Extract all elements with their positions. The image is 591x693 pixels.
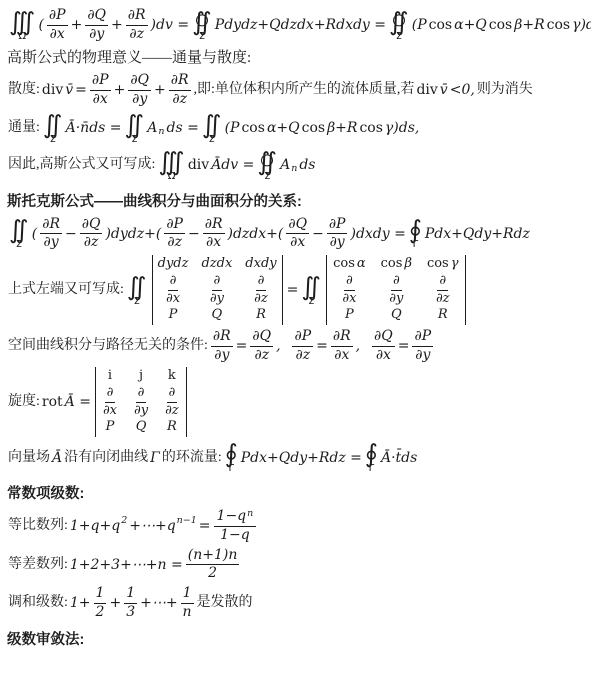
fraction: ∂P∂z bbox=[164, 217, 185, 251]
roman-math-text: cos bbox=[489, 17, 512, 33]
determinant-cell: P bbox=[345, 308, 354, 323]
math-text: Pdydz+Qdzdx+Rdxdy = bbox=[215, 17, 386, 33]
denominator: ∂z bbox=[254, 347, 269, 364]
math-text: ds = bbox=[167, 120, 199, 136]
math-text: Pdx+Qdy+Rdz = bbox=[241, 450, 362, 466]
numerator: ∂R bbox=[169, 73, 191, 91]
math-text: − bbox=[312, 226, 324, 242]
fraction: ∂Q∂x bbox=[372, 329, 395, 363]
chinese-text: 等比数列: bbox=[8, 518, 68, 534]
denominator: ∂z bbox=[84, 234, 99, 251]
fraction: ∂∂y bbox=[210, 274, 224, 306]
determinant-cell: R bbox=[167, 420, 177, 435]
determinant-cell: ∂∂x bbox=[164, 274, 182, 306]
determinant: dydzdzdxdxdy∂∂x∂∂y∂∂zPQR bbox=[152, 255, 283, 325]
numerator: ∂ bbox=[167, 386, 178, 403]
math-text: v̄ bbox=[440, 82, 448, 98]
denominator: ∂z bbox=[172, 91, 187, 108]
fraction: ∂P∂z bbox=[292, 329, 313, 363]
math-text: β+R bbox=[327, 120, 357, 136]
curl-line: 旋度:rotĀ =ijk∂∂x∂∂y∂∂zPQR bbox=[7, 367, 585, 437]
numerator: ∂Q bbox=[250, 329, 273, 347]
math-text: Pdx+Qdy+Rdz bbox=[425, 226, 530, 242]
math-text: = bbox=[236, 338, 248, 354]
divergence-line: 散度:divv̄=∂P∂x+∂Q∂y+∂R∂z,即:单位体积内所产生的流体质量,… bbox=[7, 73, 585, 107]
numerator: ∂ bbox=[344, 274, 355, 291]
chinese-text: 空间曲线积分与路径无关的条件: bbox=[8, 338, 208, 354]
denominator: ∂x bbox=[334, 347, 349, 364]
fraction: 13 bbox=[124, 586, 137, 620]
integral-ring-icon bbox=[196, 15, 208, 27]
fraction: ∂Q∂y bbox=[85, 8, 108, 42]
determinant-cell: ∂∂z bbox=[163, 386, 181, 418]
numerator: ∂P bbox=[164, 217, 185, 235]
chinese-text: 上式左端又可写成: bbox=[8, 282, 124, 298]
determinant-cell: ∂∂x bbox=[101, 386, 119, 418]
numerator: ∂ bbox=[256, 274, 267, 291]
geometric-series-line: 等比数列:1+q+q2+⋯+qn−1=1−qn1−q bbox=[7, 509, 585, 543]
math-text: + bbox=[114, 82, 126, 98]
big-operator: ∮Γ bbox=[409, 217, 422, 250]
numerator: ∂Q bbox=[286, 217, 309, 235]
big-operator: ∮Γ bbox=[225, 441, 238, 474]
math-text: β+R bbox=[514, 17, 544, 33]
fraction: ∂R∂y bbox=[40, 217, 62, 251]
big-operator: ∬Σ bbox=[192, 9, 212, 42]
math-text: − bbox=[65, 226, 77, 242]
chinese-text: 散度: bbox=[8, 82, 40, 98]
stokes-formula-line: ∬Σ(∂R∂y−∂Q∂z)dydz+(∂P∂z−∂R∂x)dzdx+(∂Q∂x−… bbox=[7, 217, 585, 251]
arithmetic-series-line: 等差数列:1+2+3+⋯+n =(n+1)n2 bbox=[7, 548, 585, 582]
denominator: ∂z bbox=[436, 291, 450, 307]
surface-integral-icon: ∬ bbox=[389, 9, 409, 34]
math-text: Ā bbox=[52, 450, 62, 466]
integral-icon: ∭ bbox=[9, 9, 35, 34]
gauss-rewrite-line: 因此,高斯公式又可写成:∭ΩdivĀdv =∬ΣAnds bbox=[7, 149, 585, 182]
numerator: ∂R bbox=[126, 8, 148, 26]
math-text: 1+ bbox=[70, 595, 91, 611]
math-text: , bbox=[276, 338, 289, 354]
roman-math-text: cos bbox=[241, 120, 264, 136]
roman-math-text: div bbox=[42, 82, 63, 98]
circulation-line: 向量场Ā沿有向闭曲线Γ的环流量:∮ΓPdx+Qdy+Rdz =∮ΓĀ·t̄ds bbox=[7, 441, 585, 474]
math-text: α+Q bbox=[454, 17, 487, 33]
denominator: ∂y bbox=[132, 91, 147, 108]
math-text: (P bbox=[412, 17, 427, 33]
numerator: ∂P bbox=[47, 8, 68, 26]
fraction: ∂∂x bbox=[166, 274, 180, 306]
determinant-cell: P bbox=[169, 308, 178, 323]
determinant-cell: dydz bbox=[158, 257, 189, 272]
math-text: Ā·t̄ds bbox=[381, 450, 417, 466]
big-operator: ∬Σ bbox=[43, 112, 63, 145]
fraction: ∂P∂x bbox=[90, 73, 111, 107]
determinant-cell: cosβ bbox=[380, 257, 413, 272]
math-text: )dzdx+( bbox=[228, 226, 284, 242]
fraction: ∂∂z bbox=[436, 274, 450, 306]
roman-math-text: rot bbox=[42, 394, 63, 410]
big-operator: ∬Σ bbox=[127, 274, 147, 307]
roman-math-text: j bbox=[139, 369, 143, 384]
denominator: ∂y bbox=[89, 26, 104, 43]
math-text: 1+2+3+⋯+n = bbox=[70, 557, 183, 573]
determinant-cell: cosα bbox=[332, 257, 367, 272]
math-text: Γ bbox=[150, 450, 160, 466]
denominator: ∂x bbox=[376, 347, 391, 364]
big-operator: ∬Σ bbox=[389, 9, 409, 42]
big-operator: ∭Ω bbox=[158, 149, 184, 182]
chinese-text: 等差数列: bbox=[8, 557, 68, 573]
fraction: ∂∂z bbox=[254, 274, 268, 306]
math-text: ds bbox=[299, 157, 315, 173]
fraction: ∂∂y bbox=[389, 274, 403, 306]
math-text: α+Q bbox=[267, 120, 300, 136]
fraction: ∂Q∂z bbox=[80, 217, 103, 251]
determinant-cell: R bbox=[256, 308, 266, 323]
roman-math-text: i bbox=[108, 369, 112, 384]
numerator: ∂ bbox=[212, 274, 223, 291]
roman-math-text: cos bbox=[359, 120, 382, 136]
integral-ring-icon bbox=[261, 155, 273, 167]
numerator: ∂ bbox=[136, 386, 147, 403]
superscript: n−1 bbox=[177, 516, 197, 527]
numerator: ∂P bbox=[412, 329, 433, 347]
roman-math-text: cos bbox=[333, 257, 355, 272]
integral-icon: ∬ bbox=[301, 274, 321, 299]
fraction: ∂Q∂z bbox=[250, 329, 273, 363]
fraction: ∂R∂x bbox=[203, 217, 225, 251]
big-operator: ∮Γ bbox=[365, 441, 378, 474]
denominator: 2 bbox=[208, 565, 217, 582]
math-text: )dxdy = bbox=[350, 226, 405, 242]
math-text: Ā = bbox=[65, 394, 91, 410]
chinese-text: ,即:单位体积内所产生的流体质量,若 bbox=[194, 82, 415, 98]
denominator: ∂x bbox=[206, 234, 221, 251]
denominator: ∂z bbox=[129, 26, 144, 43]
harmonic-series-line: 调和级数:1+12+13+⋯+1n是发散的 bbox=[7, 586, 585, 620]
determinant-cell: i bbox=[107, 369, 113, 384]
fraction: ∂∂x bbox=[342, 274, 356, 306]
integral-icon: ∬ bbox=[43, 112, 63, 137]
numerator: 1−qn bbox=[214, 509, 257, 527]
gauss-meaning-heading: 高斯公式的物理意义——通量与散度: bbox=[7, 46, 585, 67]
fraction: ∂R∂z bbox=[169, 73, 191, 107]
numerator: ∂Q bbox=[85, 8, 108, 26]
denominator: ∂x bbox=[166, 291, 180, 307]
math-text: A bbox=[280, 157, 290, 173]
math-text: + bbox=[109, 595, 121, 611]
superscript: 2 bbox=[121, 516, 127, 527]
chinese-text: 旋度: bbox=[8, 394, 40, 410]
fraction: ∂P∂y bbox=[412, 329, 433, 363]
integral-icon: ∬ bbox=[202, 112, 222, 137]
determinant-cell: P bbox=[106, 420, 115, 435]
big-operator: ∬Σ bbox=[301, 274, 321, 307]
roman-math-text: div bbox=[188, 157, 209, 173]
determinant-cell: dxdy bbox=[245, 257, 276, 272]
numerator: ∂ bbox=[391, 274, 402, 291]
denominator: ∂y bbox=[134, 403, 148, 419]
math-text: Ādv = bbox=[211, 157, 254, 173]
determinant: cosαcosβcosγ∂∂x∂∂y∂∂zPQR bbox=[326, 255, 465, 325]
math-text: γ bbox=[451, 257, 459, 272]
math-text: 1−q bbox=[217, 509, 247, 525]
big-operator: ∭Ω bbox=[9, 9, 35, 42]
determinant: ijk∂∂x∂∂y∂∂zPQR bbox=[95, 367, 187, 437]
path-independence-line: 空间曲线积分与路径无关的条件:∂R∂y=∂Q∂z, ∂P∂z=∂R∂x, ∂Q∂… bbox=[7, 329, 585, 363]
math-text: 1+q+q bbox=[70, 518, 120, 534]
roman-math-text: cos bbox=[427, 257, 449, 272]
numerator: 1 bbox=[94, 586, 107, 604]
integral-icon: ∮ bbox=[409, 217, 422, 242]
subscript: n bbox=[158, 127, 164, 138]
roman-math-text: cos bbox=[302, 120, 325, 136]
numerator: ∂R bbox=[211, 329, 233, 347]
fraction: ∂R∂y bbox=[211, 329, 233, 363]
determinant-cell: k bbox=[167, 369, 177, 384]
surface-integral-icon: ∬ bbox=[192, 9, 212, 34]
fraction: ∂Q∂x bbox=[286, 217, 309, 251]
flux-line: 通量:∬ΣĀ·n̄ds =∬ΣAnds =∬Σ(Pcosα+Qcosβ+Rcos… bbox=[7, 112, 585, 145]
integral-icon: ∬ bbox=[127, 274, 147, 299]
chinese-text: 沿有向闭曲线 bbox=[64, 450, 148, 466]
determinant-cell: dzdx bbox=[201, 257, 232, 272]
series-test-heading: 级数审敛法: bbox=[7, 628, 585, 649]
numerator: 1 bbox=[181, 586, 194, 604]
math-text: +⋯+ bbox=[140, 595, 177, 611]
denominator: ∂y bbox=[415, 347, 430, 364]
denominator: ∂y bbox=[210, 291, 224, 307]
math-text: Ā·n̄ds = bbox=[66, 120, 122, 136]
numerator: ∂Q bbox=[372, 329, 395, 347]
math-text: ( bbox=[32, 226, 37, 242]
fraction: 1n bbox=[181, 586, 194, 620]
math-text: = bbox=[75, 82, 87, 98]
stokes-heading: 斯托克斯公式——曲线积分与曲面积分的关系: bbox=[7, 190, 585, 211]
math-text: )dv = bbox=[151, 17, 190, 33]
numerator: ∂P bbox=[327, 217, 348, 235]
math-text: = bbox=[287, 282, 299, 298]
determinant-cell: ∂∂y bbox=[132, 386, 150, 418]
fraction: ∂P∂y bbox=[327, 217, 348, 251]
denominator: ∂z bbox=[254, 291, 268, 307]
chinese-text: 是发散的 bbox=[197, 595, 253, 611]
numerator: ∂R bbox=[203, 217, 225, 235]
denominator: n bbox=[183, 604, 192, 621]
roman-math-text: cos bbox=[547, 17, 570, 33]
fraction: ∂R∂x bbox=[331, 329, 353, 363]
numerator: ∂P bbox=[90, 73, 111, 91]
denominator: ∂x bbox=[342, 291, 356, 307]
chinese-text: 则为消失 bbox=[477, 82, 533, 98]
chinese-text: 因此,高斯公式又可写成: bbox=[8, 157, 155, 173]
integral-icon: ∬ bbox=[9, 217, 29, 242]
chinese-text: 通量: bbox=[8, 120, 40, 136]
chinese-text: 的环流量: bbox=[162, 450, 222, 466]
determinant-cell: cosγ bbox=[426, 257, 460, 272]
denominator: ∂x bbox=[290, 234, 305, 251]
denominator: ∂z bbox=[296, 347, 311, 364]
math-text: <0, bbox=[450, 82, 475, 98]
math-text: − bbox=[188, 226, 200, 242]
fraction: (n+1)n2 bbox=[186, 548, 240, 582]
integral-icon: ∭ bbox=[158, 149, 184, 174]
numerator: ∂Q bbox=[80, 217, 103, 235]
fraction: ∂∂z bbox=[165, 386, 179, 418]
numerator: ∂ bbox=[105, 386, 116, 403]
determinant-cell: R bbox=[438, 308, 448, 323]
math-text: = bbox=[316, 338, 328, 354]
big-operator: ∬Σ bbox=[257, 149, 277, 182]
roman-math-text: div bbox=[416, 82, 437, 98]
numerator: ∂ bbox=[168, 274, 179, 291]
denominator: 3 bbox=[126, 604, 135, 621]
denominator: ∂x bbox=[50, 26, 65, 43]
fraction: ∂∂y bbox=[134, 386, 148, 418]
fraction: ∂Q∂y bbox=[128, 73, 151, 107]
fraction: ∂R∂z bbox=[126, 8, 148, 42]
denominator: ∂x bbox=[103, 403, 117, 419]
chinese-text: 向量场 bbox=[8, 450, 50, 466]
chinese-text: 调和级数: bbox=[8, 595, 68, 611]
fraction: 1−qn1−q bbox=[214, 509, 257, 543]
const-series-heading: 常数项级数: bbox=[7, 482, 585, 503]
denominator: ∂y bbox=[214, 347, 229, 364]
math-text: +⋯+q bbox=[129, 518, 175, 534]
fraction: ∂P∂x bbox=[47, 8, 68, 42]
determinant-cell: j bbox=[138, 369, 144, 384]
math-text: γ)ds, bbox=[385, 120, 419, 136]
denominator: ∂z bbox=[167, 234, 182, 251]
denominator: ∂x bbox=[93, 91, 108, 108]
determinant-cell: ∂∂z bbox=[434, 274, 452, 306]
math-notes-document: ∭Ω(∂P∂x+∂Q∂y+∂R∂z)dv =∬ΣPdydz+Qdzdx+Rdxd… bbox=[0, 0, 591, 649]
math-text: + bbox=[111, 17, 123, 33]
roman-math-text: cos bbox=[381, 257, 403, 272]
numerator: (n+1)n bbox=[186, 548, 240, 566]
math-text: A bbox=[147, 120, 157, 136]
numerator: 1 bbox=[124, 586, 137, 604]
math-text: α bbox=[357, 257, 366, 272]
numerator: ∂ bbox=[437, 274, 448, 291]
math-text: (P bbox=[225, 120, 240, 136]
math-text: = bbox=[398, 338, 410, 354]
big-operator: ∬Σ bbox=[9, 217, 29, 250]
integral-icon: ∮ bbox=[365, 441, 378, 466]
math-text: β bbox=[404, 257, 412, 272]
superscript: n bbox=[247, 509, 253, 520]
determinant-cell: ∂∂y bbox=[208, 274, 226, 306]
denominator: ∂y bbox=[44, 234, 59, 251]
math-text: )dydz+( bbox=[105, 226, 161, 242]
roman-math-text: cos bbox=[429, 17, 452, 33]
determinant-form-line: 上式左端又可写成:∬Σdydzdzdxdxdy∂∂x∂∂y∂∂zPQR=∬Σco… bbox=[7, 255, 585, 325]
roman-math-text: k bbox=[168, 369, 176, 384]
surface-integral-icon: ∬ bbox=[257, 149, 277, 174]
numerator: ∂R bbox=[331, 329, 353, 347]
subscript: n bbox=[291, 164, 297, 175]
determinant-cell: ∂∂z bbox=[252, 274, 270, 306]
denominator: ∂y bbox=[330, 234, 345, 251]
math-text: = bbox=[199, 518, 211, 534]
big-operator: ∬Σ bbox=[202, 112, 222, 145]
fraction: 12 bbox=[94, 586, 107, 620]
integral-icon: ∬ bbox=[125, 112, 145, 137]
big-operator: ∬Σ bbox=[125, 112, 145, 145]
determinant-cell: Q bbox=[391, 308, 402, 323]
math-text: + bbox=[71, 17, 83, 33]
numerator: ∂R bbox=[40, 217, 62, 235]
integral-ring-icon bbox=[393, 15, 405, 27]
integral-icon: ∮ bbox=[225, 441, 238, 466]
determinant-cell: Q bbox=[212, 308, 223, 323]
fraction: ∂∂x bbox=[103, 386, 117, 418]
numerator: ∂Q bbox=[128, 73, 151, 91]
denominator: ∂z bbox=[165, 403, 179, 419]
determinant-cell: Q bbox=[136, 420, 147, 435]
math-text: , bbox=[356, 338, 369, 354]
determinant-cell: ∂∂x bbox=[340, 274, 358, 306]
denominator: 2 bbox=[96, 604, 105, 621]
math-text: v̄ bbox=[65, 82, 73, 98]
denominator: 1−q bbox=[220, 527, 250, 544]
math-text: ( bbox=[38, 17, 43, 33]
math-text: γ)ds bbox=[572, 17, 591, 33]
numerator: ∂P bbox=[292, 329, 313, 347]
math-text: + bbox=[154, 82, 166, 98]
determinant-cell: ∂∂y bbox=[387, 274, 405, 306]
denominator: ∂y bbox=[389, 291, 403, 307]
gauss-formula-line: ∭Ω(∂P∂x+∂Q∂y+∂R∂z)dv =∬ΣPdydz+Qdzdx+Rdxd… bbox=[7, 8, 585, 42]
